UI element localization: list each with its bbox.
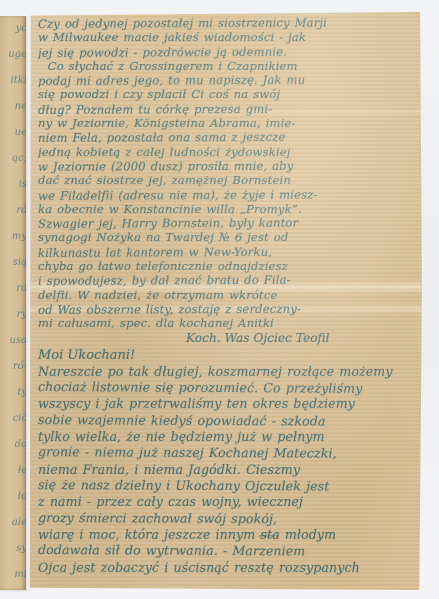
salutation: Moi Ukochani! — [38, 348, 418, 364]
letter-line: tylko wielka, że nie będziemy już w pełn… — [38, 429, 418, 445]
first-letter-ending-section: Czy od jedynej pozostałej mi siostrzenic… — [38, 16, 418, 331]
adjacent-page-edge: yćugeitkineueąc;iśrómysiąraryusaró-tycić… — [0, 16, 26, 590]
letter-line: wiarę i moc, która jeszcze innym s̶t̶a̶ … — [38, 527, 418, 543]
letter-line: mi całusami, spec. dla kochanej Anitki — [38, 316, 418, 330]
letter-line: Czy od jedynej pozostałej mi siostrzenic… — [38, 15, 418, 31]
margin-text-fragment: ue — [2, 120, 26, 146]
letter-line: dług? Poznałem tu córkę prezesa gmi- — [38, 101, 418, 117]
margin-text-fragment: ró- — [2, 354, 26, 380]
letter-line: w Jeziornie (2000 dusz) prosiła mnie, ab… — [38, 158, 418, 174]
margin-text-fragment: usa — [2, 328, 26, 354]
margin-text-fragment: ry — [2, 302, 26, 328]
letter-line: chociaż listownie się porozumieć. Co prz… — [38, 379, 418, 397]
letter-line: synagogi Nożyka na Twardej № 6 jest od — [38, 230, 418, 244]
margin-text-fragment: iś — [2, 172, 26, 198]
margin-text-fragment: łe — [2, 458, 26, 484]
margin-text-fragment: ale — [2, 510, 26, 536]
margin-text-fragment: do — [2, 432, 26, 458]
letter-line: jedną kobietą z całej ludności żydowskie… — [38, 145, 418, 159]
letter-line: gronie - niema już naszej Kochanej Matec… — [38, 444, 418, 462]
second-letter-body: Nareszcie po tak długiej, koszmarnej roz… — [38, 364, 418, 576]
scan-background: yćugeitkineueąc;iśrómysiąraryusaró-tycić… — [0, 0, 439, 599]
letter-line: podaj mi adres jego, to mu napiszę. Jak … — [38, 72, 418, 88]
letter-line: się powodzi i czy spłacił Ci coś na swój — [38, 87, 418, 101]
letter-line: Szwagier jej, Harry Bornstein, były kant… — [38, 215, 418, 231]
margin-text-fragment: ło — [2, 484, 26, 510]
letter-line: delfii. W nadziei, że otrzymam wkrótce — [38, 288, 418, 302]
letter-line: niem Fela, pozostała ona sama z jeszcze — [38, 130, 418, 146]
margin-text-fragment: ra — [2, 276, 26, 302]
margin-text-fragment: ró — [2, 198, 26, 224]
letter-line: Co słychać z Grossingerem i Czapnikiem — [38, 59, 418, 73]
letter-line: we Filadelfii (adresu nie ma), że żyje i… — [38, 187, 418, 203]
letter-line: od Was obszerne listy, zostaję z serdecz… — [38, 301, 418, 317]
letter-line: sobie wzajemnie kiedyś opowiadać - szkod… — [38, 412, 418, 430]
letter-line: z nami - przez cały czas wojny, wiecznej — [38, 494, 418, 510]
letter-line: chyba go łatwo telefonicznie odnajdziesz — [38, 259, 418, 273]
letter-line: niema Frania, i niema Jagódki. Cieszmy — [38, 462, 418, 478]
second-letter-section: Moi Ukochani! Nareszcie po tak długiej, … — [38, 348, 418, 576]
letter-line: dać znać siostrze jej, zamężnej Bornstei… — [38, 173, 418, 187]
letter-line: się że nasz dzielny i Ukochany Ojczulek … — [38, 477, 418, 495]
margin-text-fragment: cić — [2, 406, 26, 432]
signature: Koch. Was Ojciec Teofil — [186, 331, 418, 346]
letter-line: dodawała sił do wytrwania. - Marzeniem — [38, 542, 418, 560]
letter-line: ka obecnie w Konstancinie willa „Promyk”… — [38, 202, 418, 216]
margin-text-fragment: ne — [2, 94, 26, 120]
letter-line: Ojca jest zobaczyć i uścisnąć resztę roz… — [38, 560, 418, 576]
letter-line: ny w Jeziornie, Königsteina Abrama, imie… — [38, 116, 418, 130]
letter-line: jej się powodzi - pozdrówcie ją odemnie. — [38, 44, 418, 60]
letter-line: i spowodujesz, by dał znać bratu do Fila… — [38, 273, 418, 289]
margin-text-fragment: ty — [2, 380, 26, 406]
letter-line: kilkunastu lat kantorem w New-Yorku, — [38, 244, 418, 260]
margin-text-fragment: mi — [2, 562, 26, 588]
letter-line: w Milwaukee macie jakieś wiadomości - ja… — [38, 30, 418, 44]
margin-text-fragment: itki — [2, 68, 26, 94]
margin-text-fragment: yć — [2, 16, 26, 42]
margin-text-fragment: my — [2, 224, 26, 250]
letter-page: Czy od jedynej pozostałej mi siostrzenic… — [29, 12, 422, 590]
margin-text-fragment: uge — [2, 42, 26, 68]
letter-line: wszyscy i jak przetrwaliśmy ten okres bę… — [38, 396, 418, 412]
margin-text-fragment: sy — [2, 536, 26, 562]
margin-text-fragment: sią — [2, 250, 26, 276]
letter-line: Nareszcie po tak długiej, koszmarnej roz… — [38, 364, 418, 380]
margin-text-fragment: ąc; — [2, 146, 26, 172]
letter-line: grozy śmierci zachował swój spokój, — [38, 510, 418, 528]
letter-text: Czy od jedynej pozostałej mi siostrzenic… — [38, 16, 418, 576]
